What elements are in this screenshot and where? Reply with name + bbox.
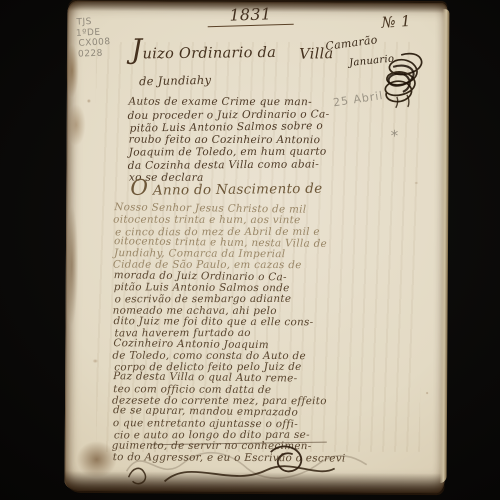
case-summary: Autos de exame Crime que man-dou procede… — [128, 95, 374, 184]
folio-number: № 1 — [381, 12, 411, 32]
case-summary-line: Autos de exame Crime que man- — [128, 96, 374, 109]
year-heading: 1831 — [207, 4, 294, 27]
court-header-line2: de Jundiahy — [139, 73, 212, 88]
court-header-line1: Juizo Ordinario da Villa — [131, 45, 276, 63]
archival-reference-pencil: TJS1ºDECX0080228 — [76, 16, 110, 59]
photo-background: TJS1ºDECX0080228 1831 № 1 Camarão Januar… — [0, 0, 500, 500]
case-summary-line: roubo feito ao Cozinheiro Antonio — [129, 133, 375, 146]
body-text: Nosso Senhor Jesus Christo de miloitocen… — [113, 203, 395, 465]
body-opening-line: O Anno do Nascimento de — [130, 181, 322, 199]
case-summary-line: da Cozinha desta Villa como abai- — [128, 158, 374, 173]
archival-mark-line: CX008 — [78, 37, 111, 49]
manuscript-line: nomeado me achava, ahi pelo — [113, 305, 393, 317]
pencil-asterisk: * — [391, 127, 399, 145]
archival-mark-line: TJS — [76, 16, 109, 28]
archival-mark-line: 0228 — [78, 48, 111, 60]
clerk-signature-flourish — [121, 437, 371, 491]
manuscript-page: TJS1ºDECX0080228 1831 № 1 Camarão Januar… — [65, 1, 448, 493]
court-header-villa: Villa — [299, 46, 333, 62]
court-header-line1-text: Juizo Ordinario da — [131, 45, 276, 63]
foxing-stain-left — [63, 191, 80, 341]
